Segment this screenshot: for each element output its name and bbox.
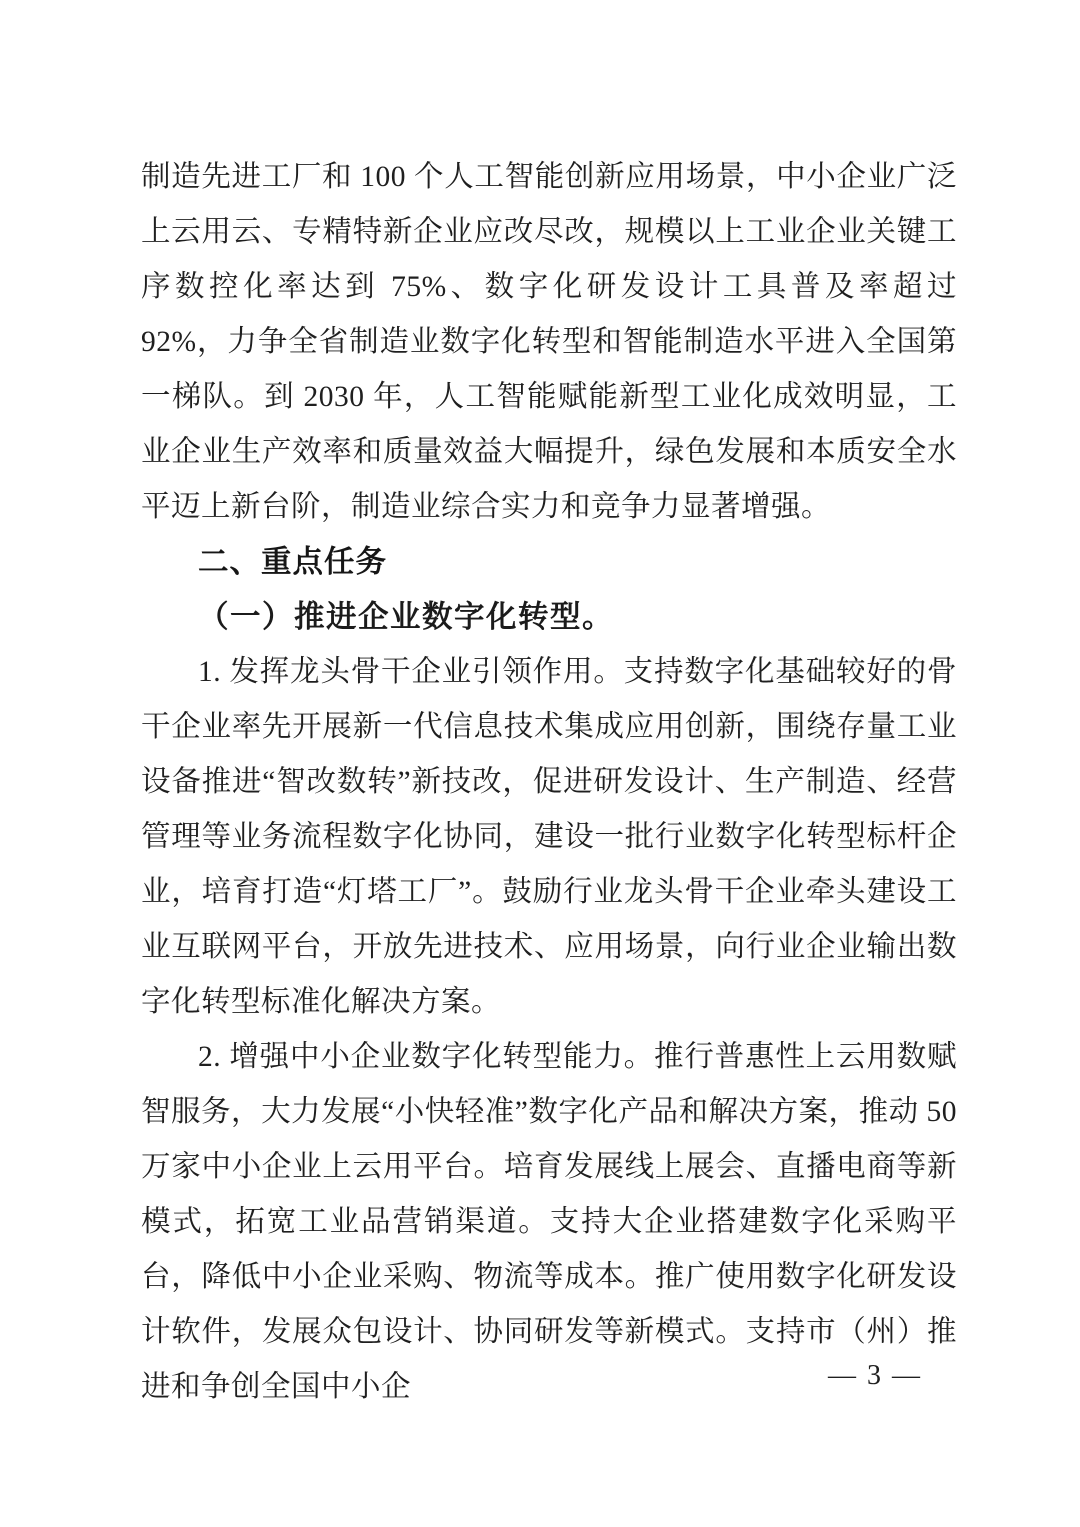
paragraph-leading-enterprises: 1. 发挥龙头骨干企业引领作用。支持数字化基础较好的骨干企业率先开展新一代信息技… bbox=[141, 645, 957, 1030]
section-heading-key-tasks: 二、重点任务 bbox=[141, 535, 957, 590]
document-page: 制造先进工厂和 100 个人工智能创新应用场景，中小企业广泛上云用云、专精特新企… bbox=[0, 0, 1080, 1527]
subsection-heading-digital-transformation: （一）推进企业数字化转型。 bbox=[141, 590, 957, 645]
page-number: — 3 — bbox=[828, 1352, 922, 1400]
document-body: 制造先进工厂和 100 个人工智能创新应用场景，中小企业广泛上云用云、专精特新企… bbox=[141, 150, 957, 1415]
paragraph-goals-continued: 制造先进工厂和 100 个人工智能创新应用场景，中小企业广泛上云用云、专精特新企… bbox=[141, 150, 957, 535]
